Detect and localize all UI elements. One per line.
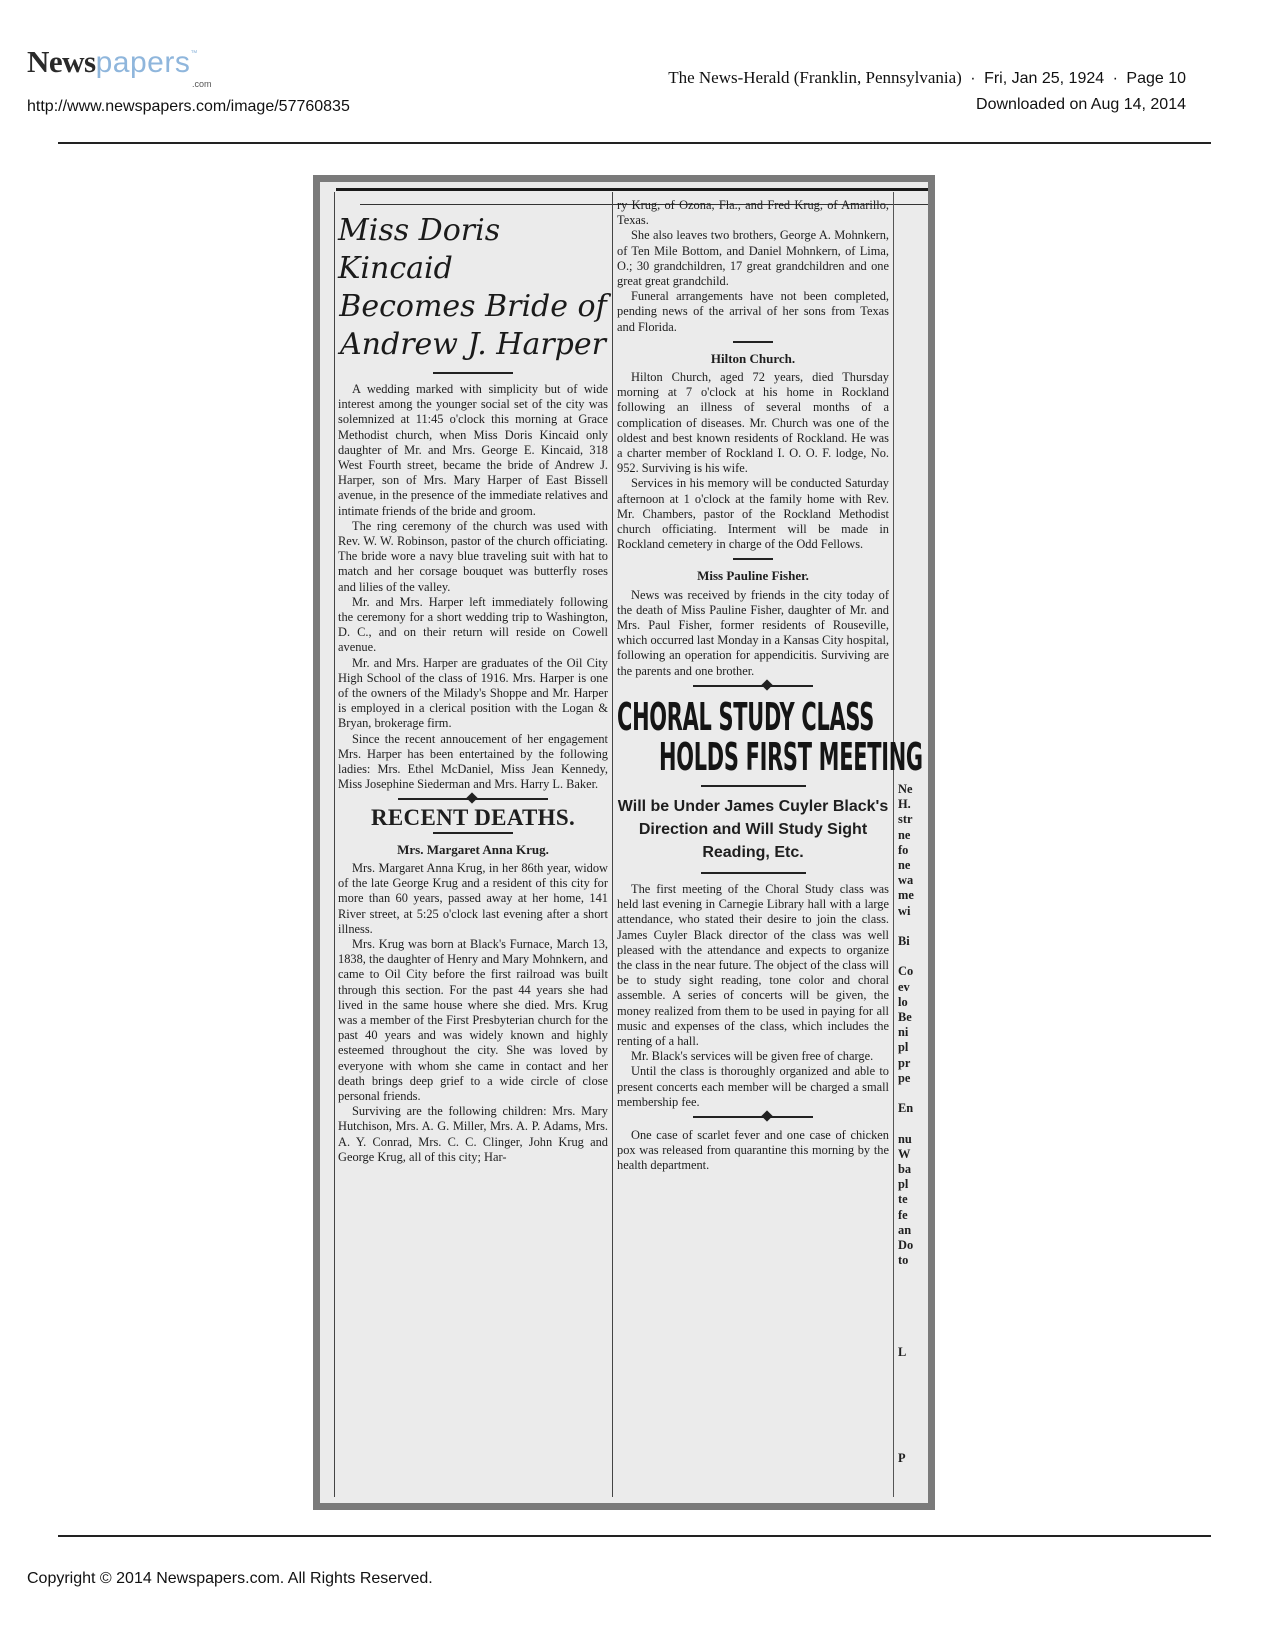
page-number: Page 10	[1126, 70, 1186, 87]
newspapers-logo[interactable]: Newspapers™ .com	[27, 44, 197, 88]
cutoff-fragment: ne	[898, 828, 928, 843]
cutoff-fragment	[898, 1375, 928, 1390]
cutoff-fragment	[898, 1329, 928, 1344]
cutoff-fragment: Ne	[898, 782, 928, 797]
cutoff-fragment: Do	[898, 1238, 928, 1253]
obituary-title: Hilton Church.	[617, 351, 889, 366]
download-date: Downloaded on Aug 14, 2014	[976, 96, 1186, 114]
cutoff-fragment	[898, 1284, 928, 1299]
article-paragraph: News was received by friends in the city…	[617, 588, 889, 679]
copyright-notice: Copyright © 2014 Newspapers.com. All Rig…	[27, 1570, 433, 1588]
cutoff-fragment: ni	[898, 1025, 928, 1040]
cutoff-fragment: ba	[898, 1162, 928, 1177]
separator: ·	[1113, 70, 1118, 87]
article-paragraph: Mrs. Margaret Anna Krug, in her 86th yea…	[338, 861, 608, 937]
left-column: Miss Doris Kincaid Becomes Bride of Andr…	[338, 206, 608, 1165]
cutoff-fragment: me	[898, 888, 928, 903]
cutoff-fragment	[898, 1269, 928, 1284]
article-paragraph: Funeral arrangements have not been compl…	[617, 289, 889, 335]
article-paragraph: She also leaves two brothers, George A. …	[617, 228, 889, 289]
diamond-divider	[693, 1116, 813, 1118]
header-divider	[58, 142, 1211, 144]
divider	[701, 872, 806, 874]
article-paragraph: Surviving are the following children: Mr…	[338, 1104, 608, 1165]
cutoff-fragment	[898, 1086, 928, 1101]
divider	[733, 341, 773, 343]
logo-dotcom: .com	[192, 79, 212, 89]
article-paragraph: The ring ceremony of the church was used…	[338, 519, 608, 595]
cutoff-fragment: nu	[898, 1132, 928, 1147]
article-paragraph: ry Krug, of Ozona, Fla., and Fred Krug, …	[617, 198, 889, 228]
cutoff-fragment: to	[898, 1253, 928, 1268]
middle-column: ry Krug, of Ozona, Fla., and Fred Krug, …	[617, 198, 889, 1174]
divider	[433, 372, 513, 374]
article-paragraph: The first meeting of the Choral Study cl…	[617, 882, 889, 1049]
cutoff-fragment: H.	[898, 797, 928, 812]
cutoff-fragment: fe	[898, 1208, 928, 1223]
diamond-divider	[693, 685, 813, 687]
cutoff-fragment	[898, 919, 928, 934]
cutoff-fragment: pl	[898, 1177, 928, 1192]
clipping-paper: Miss Doris Kincaid Becomes Bride of Andr…	[320, 182, 928, 1503]
cutoff-fragment	[898, 949, 928, 964]
article-paragraph: Mr. and Mrs. Harper left immediately fol…	[338, 595, 608, 656]
article-paragraph: Until the class is thoroughly organized …	[617, 1064, 889, 1110]
article-paragraph: Mr. Black's services will be given free …	[617, 1049, 889, 1064]
cutoff-fragment: L	[898, 1345, 928, 1360]
headline-line: Becomes Bride of	[338, 288, 608, 326]
cutoff-fragment: pr	[898, 1056, 928, 1071]
article-paragraph: One case of scarlet fever and one case o…	[617, 1128, 889, 1174]
divider	[433, 832, 513, 834]
cutoff-fragment: Co	[898, 964, 928, 979]
cutoff-fragment	[898, 1436, 928, 1451]
choral-deck: Will be Under James Cuyler Black's Direc…	[617, 795, 889, 864]
logo-trademark: ™	[190, 50, 197, 57]
divider	[701, 785, 806, 787]
cutoff-fragment: wa	[898, 873, 928, 888]
choral-headline-line: CHORAL STUDY CLASS	[617, 697, 767, 737]
cutoff-fragment: W	[898, 1147, 928, 1162]
publication-date: Fri, Jan 25, 1924	[984, 70, 1104, 87]
headline-line: Andrew J. Harper	[338, 326, 608, 364]
cutoff-fragment: ne	[898, 858, 928, 873]
article-paragraph: Mrs. Krug was born at Black's Furnace, M…	[338, 937, 608, 1104]
obituary-title: Mrs. Margaret Anna Krug.	[338, 842, 608, 857]
cutoff-fragment: wi	[898, 904, 928, 919]
recent-deaths-title: RECENT DEATHS.	[338, 810, 608, 825]
cutoff-fragment	[898, 1299, 928, 1314]
cutoff-fragment: an	[898, 1223, 928, 1238]
article-paragraph: A wedding marked with simplicity but of …	[338, 382, 608, 519]
cutoff-fragment: pl	[898, 1040, 928, 1055]
cutoff-fragment: str	[898, 812, 928, 827]
logo-news-text: News	[27, 44, 96, 79]
headline-line: Miss Doris Kincaid	[338, 212, 608, 288]
diamond-divider	[398, 798, 548, 800]
image-url[interactable]: http://www.newspapers.com/image/57760835	[27, 98, 350, 116]
separator: ·	[970, 70, 975, 87]
cutoff-fragment	[898, 1360, 928, 1375]
cutoff-fragment	[898, 1390, 928, 1405]
choral-headline-line: HOLDS FIRST MEETING	[659, 737, 786, 777]
cutoff-fragment	[898, 1314, 928, 1329]
logo-papers-text: papers	[96, 46, 191, 79]
article-paragraph: Since the recent annoucement of her enga…	[338, 732, 608, 793]
column-rule	[612, 192, 613, 1497]
publication-name: The News-Herald (Franklin, Pennsylvania)	[668, 68, 962, 87]
cutoff-fragment	[898, 1405, 928, 1420]
cutoff-fragment: lo	[898, 995, 928, 1010]
cutoff-fragment	[898, 1421, 928, 1436]
wedding-headline: Miss Doris Kincaid Becomes Bride of Andr…	[338, 212, 608, 364]
cutoff-fragment: Bi	[898, 934, 928, 949]
divider	[733, 558, 773, 560]
cutoff-column-fragments: NeH.strnefonewamewi Bi CoevloBeniplprpe …	[898, 782, 928, 1466]
cutoff-fragment: P	[898, 1451, 928, 1466]
cutoff-fragment: fo	[898, 843, 928, 858]
footer-divider	[58, 1535, 1211, 1537]
cutoff-fragment: te	[898, 1192, 928, 1207]
cutoff-fragment: Be	[898, 1010, 928, 1025]
publication-meta: The News-Herald (Franklin, Pennsylvania)…	[668, 68, 1186, 88]
newspaper-clipping: Miss Doris Kincaid Becomes Bride of Andr…	[313, 175, 935, 1510]
cutoff-fragment: ev	[898, 980, 928, 995]
article-paragraph: Hilton Church, aged 72 years, died Thurs…	[617, 370, 889, 476]
article-paragraph: Services in his memory will be conducted…	[617, 476, 889, 552]
clipping-top-rule	[336, 188, 928, 191]
cutoff-fragment: pe	[898, 1071, 928, 1086]
column-rule	[334, 192, 335, 1497]
column-rule	[893, 192, 894, 1497]
article-paragraph: Mr. and Mrs. Harper are graduates of the…	[338, 656, 608, 732]
obituary-title: Miss Pauline Fisher.	[617, 568, 889, 583]
cutoff-fragment	[898, 1116, 928, 1131]
cutoff-fragment: En	[898, 1101, 928, 1116]
